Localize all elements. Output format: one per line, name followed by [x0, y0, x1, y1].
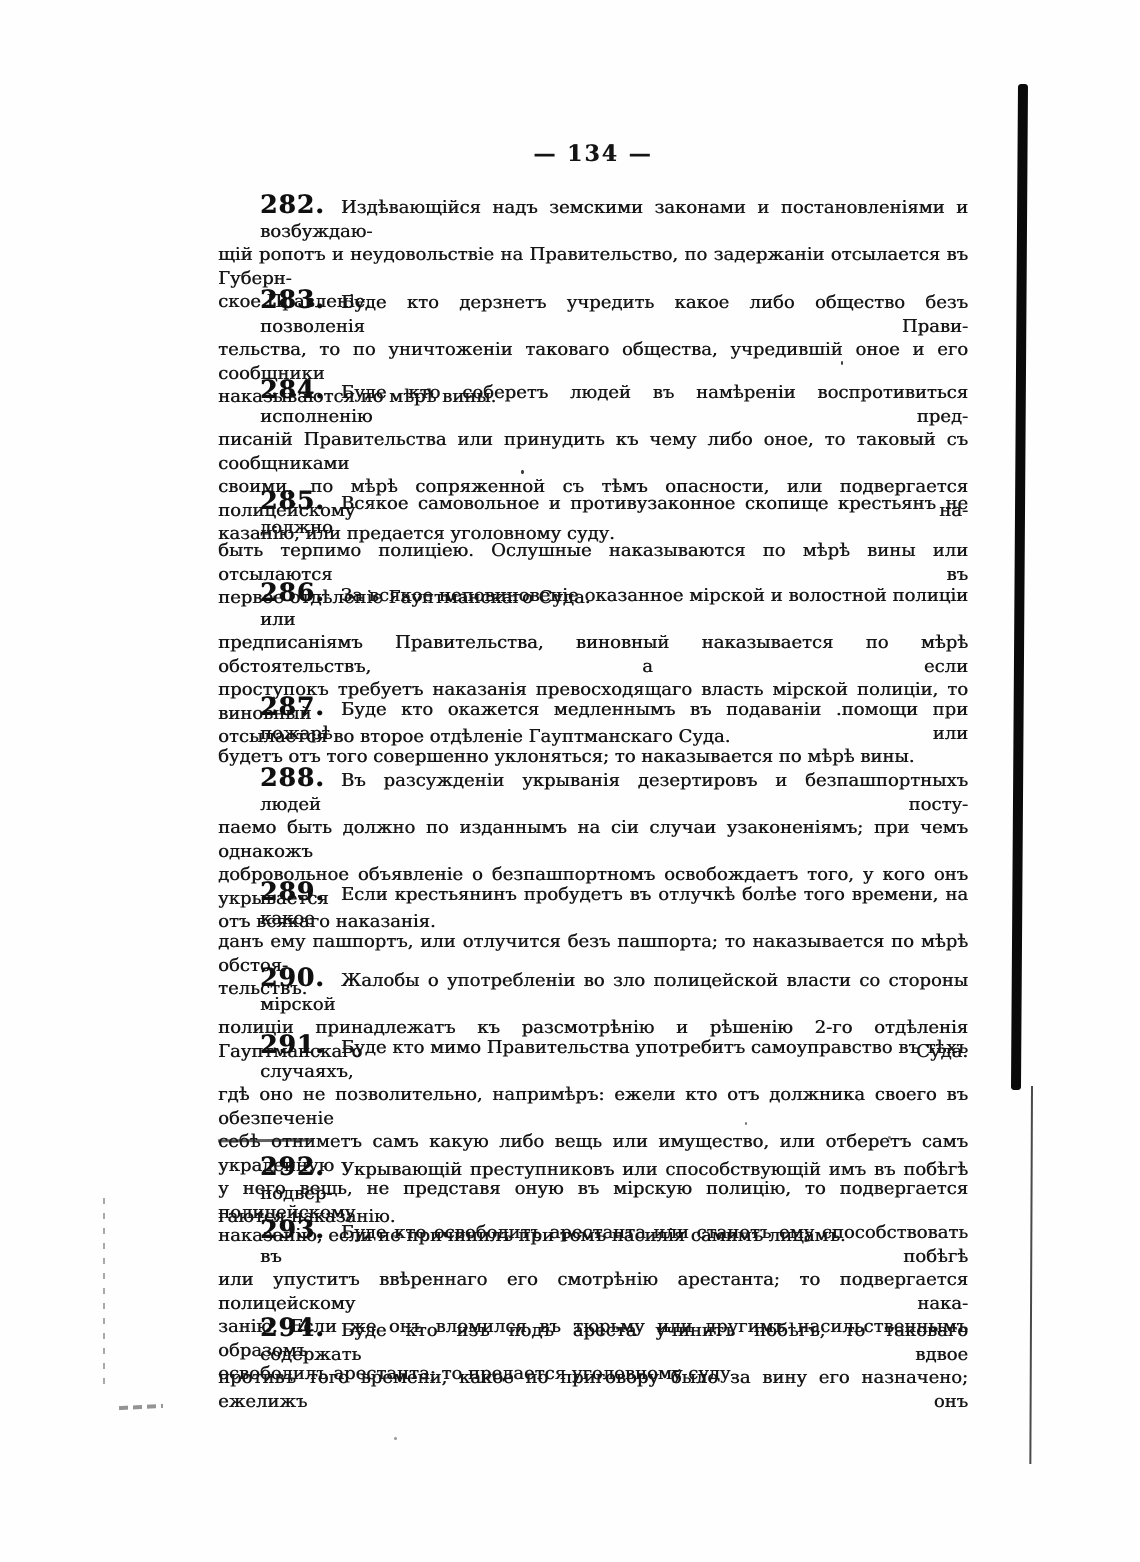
article-text: Издѣвающійся надъ земскими законами и по… [260, 197, 968, 242]
text-line: 288.Въ разсужденіи укрыванія дезертировъ… [218, 766, 968, 816]
scan-artifact-smudge [119, 1404, 163, 1410]
text-line: писаній Правительства или принудить къ ч… [218, 428, 968, 475]
article-number: 291. [260, 1030, 325, 1059]
article-number: 284. [260, 375, 325, 404]
text-line: 284.Буде кто соберетъ людей въ намѣреніи… [218, 378, 968, 428]
article-text: Буде кто мимо Правительства употребитъ с… [260, 1037, 968, 1082]
text-line: 291.Буде кто мимо Правительства употреби… [218, 1033, 968, 1083]
text-line: противъ того времени, какое по приговору… [218, 1366, 968, 1413]
text-line: паемо быть должно по изданнымъ на сіи сл… [218, 816, 968, 863]
article-number: 283. [260, 285, 325, 314]
scan-artifact-dot [841, 361, 843, 365]
text-line: предписаніямъ Правительства, виновный на… [218, 631, 968, 678]
binding-edge-bar [1011, 84, 1028, 1090]
article-number: 286. [260, 578, 325, 607]
text-line: 283.Буде кто дерзнетъ учредить какое либ… [218, 288, 968, 338]
article-number: 287. [260, 692, 325, 721]
scan-artifact-dot [888, 1136, 891, 1139]
text-line: 282.Издѣвающійся надъ земскими законами … [218, 193, 968, 243]
text-line: 294.Буде кто изъ подъ ареста учинитъ поб… [218, 1316, 968, 1366]
article-text: Всякое самовольное и противузаконное ско… [260, 493, 968, 538]
article-number: 292. [260, 1152, 325, 1181]
article-text: Если крестьянинъ пробудетъ въ отлучкѣ бо… [260, 884, 968, 929]
article-text: Жалобы о употребленіи во зло полицейской… [260, 970, 968, 1015]
article-text: Буде кто соберетъ людей въ намѣреніи вос… [260, 382, 968, 427]
text-line: быть терпимо полиціею. Ослушные наказыва… [218, 539, 968, 586]
article-text: Буде кто изъ подъ ареста учинитъ побѣгъ;… [260, 1320, 968, 1365]
article-text: Буде кто освободитъ арестанта или станет… [260, 1222, 968, 1267]
text-line: 290.Жалобы о употребленіи во зло полицей… [218, 966, 968, 1016]
scan-artifact-dot [745, 1122, 747, 1125]
text-line: 285.Всякое самовольное и противузаконное… [218, 489, 968, 539]
article-number: 288. [260, 763, 325, 792]
text-line: 289.Если крестьянинъ пробудетъ въ отлучк… [218, 880, 968, 930]
article-number: 293. [260, 1215, 325, 1244]
text-line: 287.Буде кто окажется медленнымъ въ пода… [218, 695, 968, 745]
article-text: Буде кто окажется медленнымъ въ подавані… [260, 699, 968, 744]
scan-artifact-dot [521, 470, 524, 474]
scanned-page: — 134 — 282.Издѣвающійся надъ земскими з… [0, 0, 1140, 1562]
text-line: будетъ отъ того совершенно уклоняться; т… [218, 745, 968, 769]
scan-artifact-dot [394, 1437, 397, 1440]
article-number: 289. [260, 877, 325, 906]
scan-artifact-dashes [103, 1198, 105, 1384]
article-number: 290. [260, 963, 325, 992]
article-number: 282. [260, 190, 325, 219]
page-number: — 134 — [218, 141, 968, 167]
text-line: 293.Буде кто освободитъ арестанта или ст… [218, 1218, 968, 1268]
text-line: щій ропотъ и неудовольствіе на Правитель… [218, 243, 968, 290]
article-text: Буде кто дерзнетъ учредить какое либо об… [260, 292, 968, 337]
text-line: 286.За всякое неповиновеніе оказанное мі… [218, 581, 968, 631]
article-number: 294. [260, 1313, 325, 1342]
binding-edge-line [1029, 1086, 1033, 1464]
text-line: или упуститъ ввѣреннаго его смотрѣнію ар… [218, 1268, 968, 1315]
article-text: Укрывающій преступниковъ или способствую… [260, 1159, 968, 1204]
text-line: 292.Укрывающій преступниковъ или способс… [218, 1155, 968, 1205]
article-text: За всякое неповиновеніе оказанное мірско… [260, 585, 968, 630]
article-294: 294.Буде кто изъ подъ ареста учинитъ поб… [218, 1316, 968, 1413]
article-number: 285. [260, 486, 325, 515]
text-line: гдѣ оно не позволительно, напримѣръ: еже… [218, 1083, 968, 1130]
article-text: Въ разсужденіи укрыванія дезертировъ и б… [260, 770, 968, 815]
article-287: 287.Буде кто окажется медленнымъ въ пода… [218, 695, 968, 769]
